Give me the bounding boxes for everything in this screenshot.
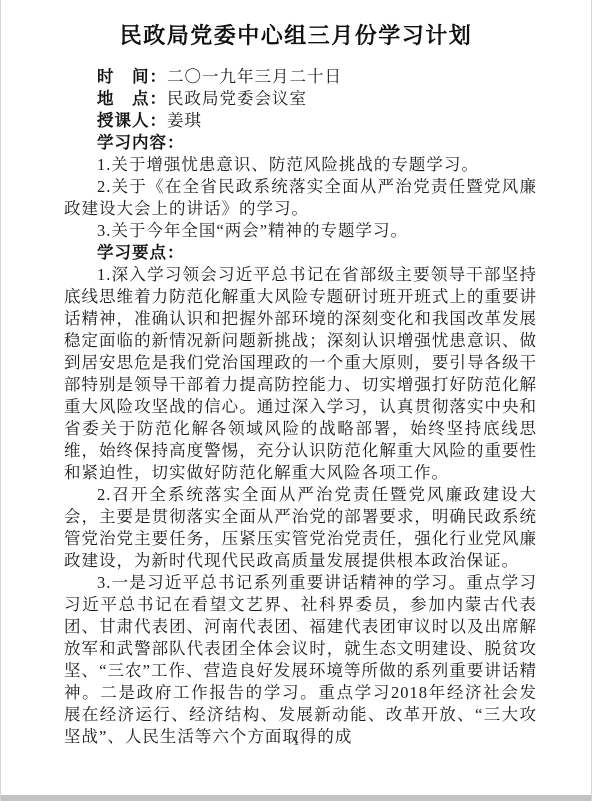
study-content-item: 3.关于今年全国“两会”精神的专题学习。	[64, 220, 537, 242]
lecturer-label: 授课人：	[97, 112, 167, 130]
lecturer-value: 姜琪	[167, 111, 202, 130]
study-content-item: 2.关于《在全省民政系统落实全面从严治党责任暨党风廉政建设大会上的讲话》的学习。	[64, 176, 537, 220]
meta-section: 时 间：二〇一九年三月二十日 地 点：民政局党委会议室 授课人：姜琪	[64, 66, 537, 132]
study-points-paragraph: 2.召开全系统落实全面从严治党责任暨党风廉政建设大会，主要是贯彻落实全面从严治党…	[64, 484, 537, 572]
time-label: 时 间：	[97, 68, 167, 86]
meta-line-lecturer: 授课人：姜琪	[64, 110, 537, 132]
study-points-paragraph: 3.一是习近平总书记系列重要讲话精神的学习。重点学习习近平总书记在看望文艺界、社…	[64, 572, 537, 748]
document-page: 民政局党委中心组三月份学习计划 时 间：二〇一九年三月二十日 地 点：民政局党委…	[0, 0, 592, 801]
study-points-heading-line: 学习要点：	[64, 242, 537, 264]
page-number: 1	[1, 733, 591, 749]
study-content-heading: 学习内容：	[97, 134, 185, 152]
page-title: 民政局党委中心组三月份学习计划	[1, 0, 591, 50]
study-content-section: 学习内容： 1.关于增强忧患意识、防范风险挑战的专题学习。 2.关于《在全省民政…	[64, 132, 537, 242]
meta-line-location: 地 点：民政局党委会议室	[64, 88, 537, 110]
time-value: 二〇一九年三月二十日	[167, 67, 342, 86]
document-body: 时 间：二〇一九年三月二十日 地 点：民政局党委会议室 授课人：姜琪 学习内容：…	[1, 50, 591, 748]
location-label: 地 点：	[97, 90, 167, 108]
study-content-item: 1.关于增强忧患意识、防范风险挑战的专题学习。	[64, 154, 537, 176]
page-bottom-edge	[1, 795, 591, 801]
study-content-heading-line: 学习内容：	[64, 132, 537, 154]
location-value: 民政局党委会议室	[167, 89, 307, 108]
study-points-section: 学习要点： 1.深入学习领会习近平总书记在省部级主要领导干部坚持底线思维着力防范…	[64, 242, 537, 748]
meta-line-time: 时 间：二〇一九年三月二十日	[64, 66, 537, 88]
study-points-heading: 学习要点：	[97, 244, 185, 262]
study-points-paragraph: 1.深入学习领会习近平总书记在省部级主要领导干部坚持底线思维着力防范化解重大风险…	[64, 264, 537, 484]
